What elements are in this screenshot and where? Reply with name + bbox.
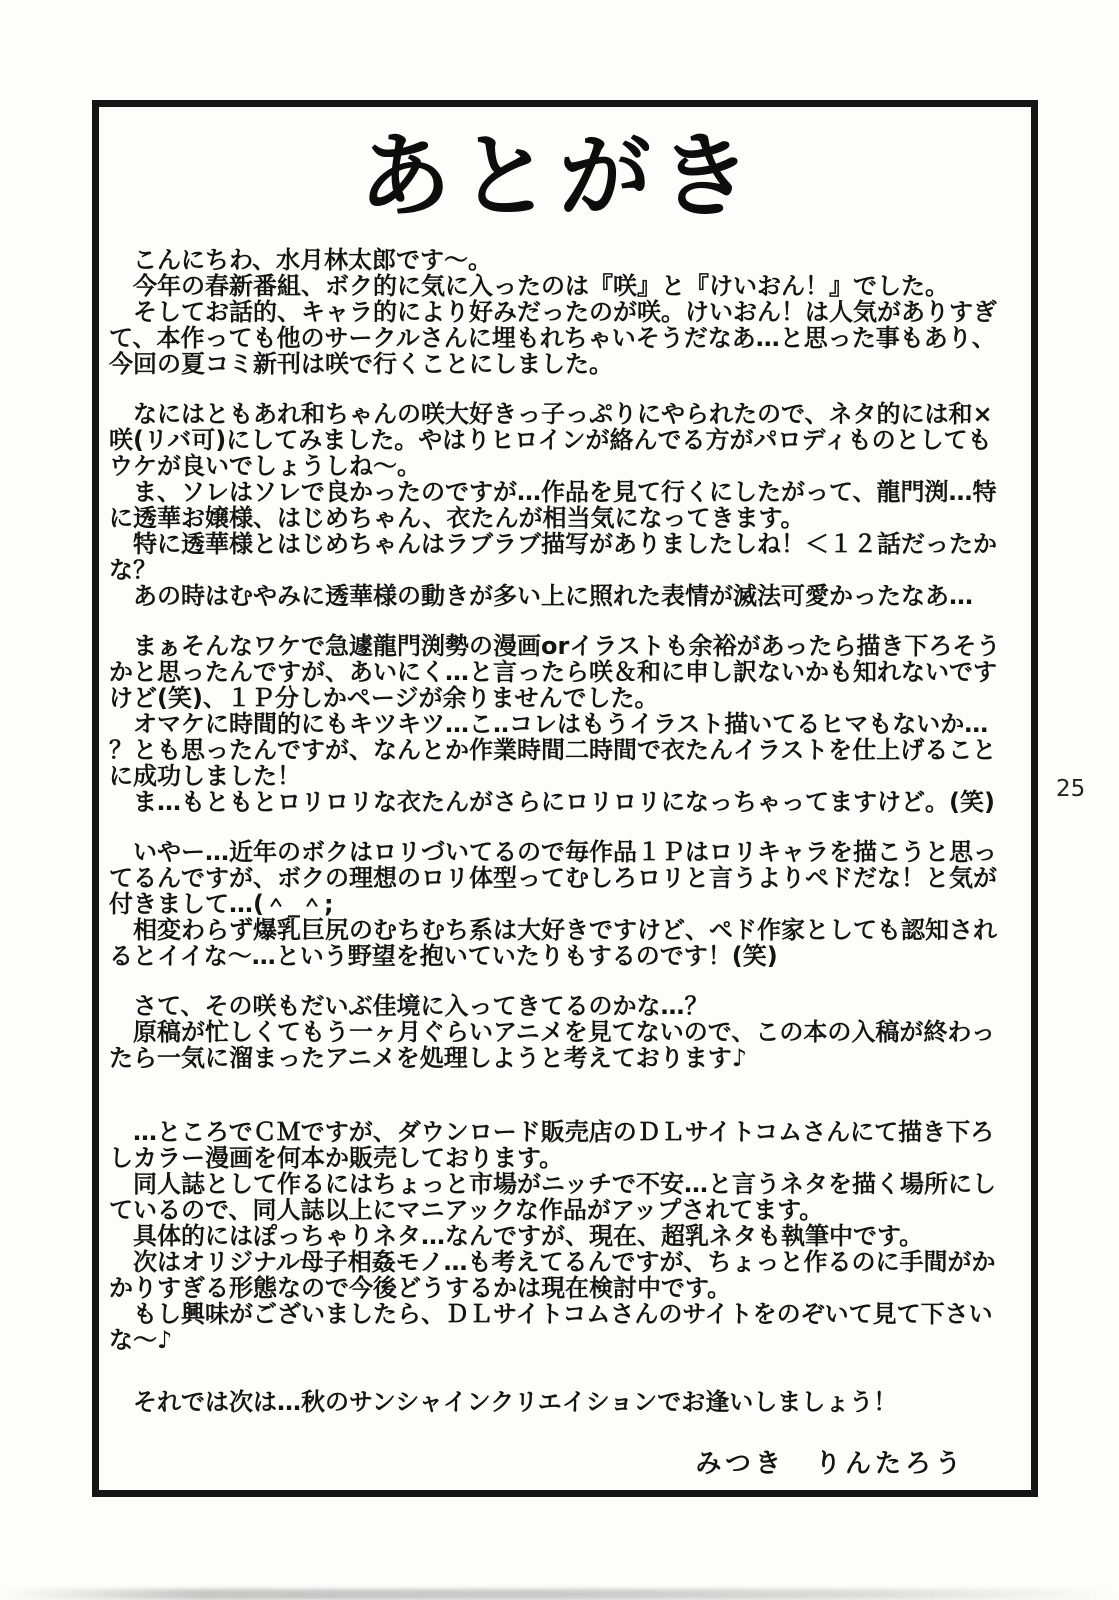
scan-artifact-strip — [0, 1589, 1119, 1600]
paragraph-group-cm: …ところでＣＭですが、ダウンロード販売店のＤＬサイトコムさんにて描き下ろしカラー… — [109, 1119, 1009, 1353]
paragraph: 特に透華様とはじめちゃんはラブラブ描写がありましたしね！＜１２話だったかな？ — [109, 531, 1009, 583]
paragraph: さて、その咲もだいぶ佳境に入ってきてるのかな…？ — [109, 993, 1009, 1019]
paragraph: いやー…近年のボクはロリづいてるので毎作品１Ｐはロリキャラを描こうと思ってるんで… — [109, 839, 1009, 917]
author-signature: みつき りんたろう — [109, 1443, 1009, 1480]
paragraph: もし興味がございましたら、ＤＬサイトコムさんのサイトをのぞいて見て下さいな～♪ — [109, 1301, 1009, 1353]
paragraph: 次はオリジナル母子相姦モノ…も考えてるんですが、ちょっと作るのに手間がかかりすぎ… — [109, 1249, 1009, 1301]
paragraph-group-bonus-illust: まぁそんなワケで急遽龍門渕勢の漫画orイラストも余裕があったら描き下ろそうかと思… — [109, 633, 1009, 815]
paragraph-group-closing: それでは次は…秋のサンシャインクリエイションでお逢いしましょう！ — [109, 1389, 1009, 1415]
paragraph: あの時はむやみに透華様の動きが多い上に照れた表情が滅法可愛かったなあ… — [109, 583, 1009, 609]
paragraph: 今年の春新番組、ボク的に気に入ったのは『咲』と『けいおん！』でした。 — [109, 273, 1009, 299]
paragraph: オマケに時間的にもキツキツ…こ‥コレはもうイラスト描いてるヒマもないか…？とも思… — [109, 711, 1009, 789]
paragraph: 具体的にはぽっちゃりネタ…なんですが、現在、超乳ネタも執筆中です。 — [109, 1223, 1009, 1249]
paragraph: そしてお話的、キャラ的により好みだったのが咲。けいおん！は人気がありすぎて、本作… — [109, 299, 1009, 377]
page-number: 25 — [1056, 776, 1085, 802]
page-title: あとがき — [109, 129, 1009, 225]
afterword-body: こんにちわ、水月林太郎です～。 今年の春新番組、ボク的に気に入ったのは『咲』と『… — [109, 247, 1009, 1480]
paragraph: それでは次は…秋のサンシャインクリエイションでお逢いしましょう！ — [109, 1389, 1009, 1415]
paragraph: ま、ソレはソレで良かったのですが…作品を見て行くにしたがって、龍門渕…特に透華お… — [109, 479, 1009, 531]
paragraph: なにはともあれ和ちゃんの咲大好きっ子っぷりにやられたので、ネタ的には和×咲(リバ… — [109, 401, 1009, 479]
afterword-page-frame: あとがき こんにちわ、水月林太郎です～。 今年の春新番組、ボク的に気に入ったのは… — [92, 100, 1038, 1497]
paragraph: まぁそんなワケで急遽龍門渕勢の漫画orイラストも余裕があったら描き下ろそうかと思… — [109, 633, 1009, 711]
paragraph-group-loli-talk: いやー…近年のボクはロリづいてるので毎作品１Ｐはロリキャラを描こうと思ってるんで… — [109, 839, 1009, 969]
paragraph: …ところでＣＭですが、ダウンロード販売店のＤＬサイトコムさんにて描き下ろしカラー… — [109, 1119, 1009, 1171]
paragraph: 同人誌として作るにはちょっと市場がニッチで不安…と言うネタを描く場所にしているの… — [109, 1171, 1009, 1223]
paragraph: こんにちわ、水月林太郎です～。 — [109, 247, 1009, 273]
paragraph-group-pairing: なにはともあれ和ちゃんの咲大好きっ子っぷりにやられたので、ネタ的には和×咲(リバ… — [109, 401, 1009, 609]
paragraph-group-intro: こんにちわ、水月林太郎です～。 今年の春新番組、ボク的に気に入ったのは『咲』と『… — [109, 247, 1009, 377]
paragraph: ま…もともとロリロリな衣たんがさらにロリロリになっちゃってますけど。(笑) — [109, 789, 1009, 815]
paragraph: 相変わらず爆乳巨尻のむちむち系は大好きですけど、ペド作家としても認知されるとイイ… — [109, 917, 1009, 969]
paragraph-group-anime-backlog: さて、その咲もだいぶ佳境に入ってきてるのかな…？ 原稿が忙しくてもう一ヶ月ぐらい… — [109, 993, 1009, 1071]
paragraph: 原稿が忙しくてもう一ヶ月ぐらいアニメを見てないので、この本の入稿が終わったら一気… — [109, 1019, 1009, 1071]
